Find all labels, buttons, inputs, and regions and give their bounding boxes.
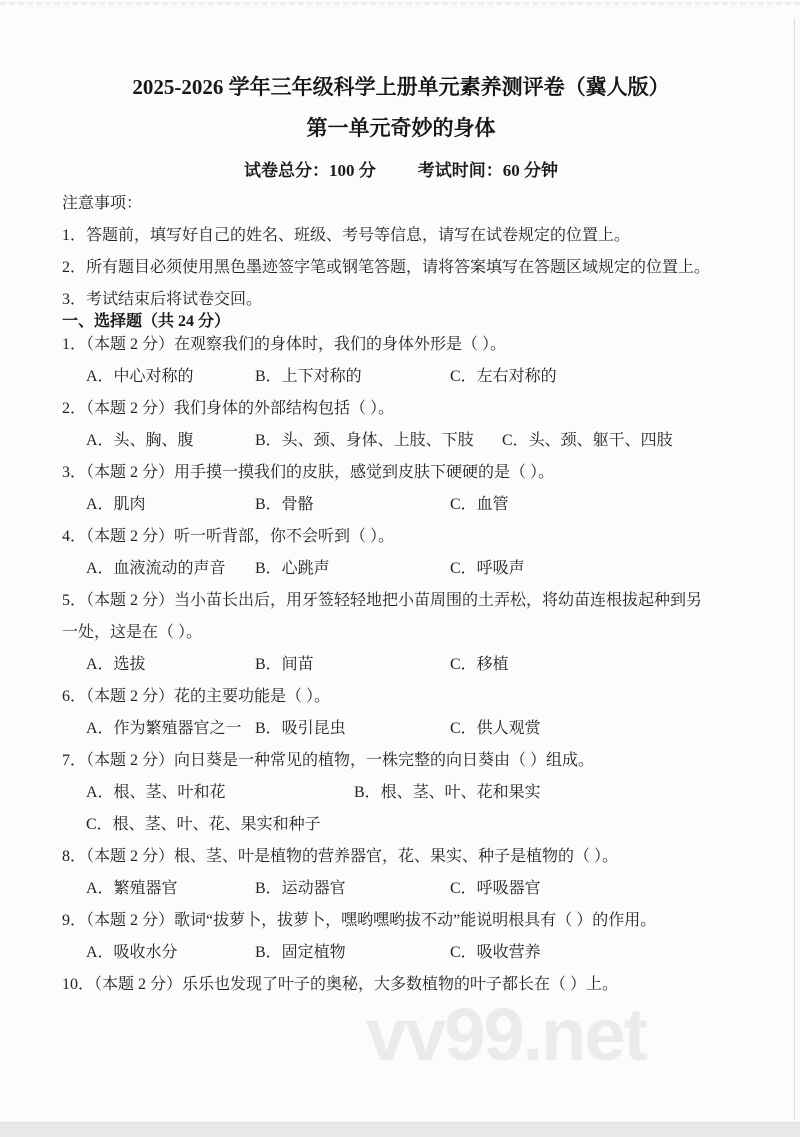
page-bottom-strip	[0, 1122, 800, 1137]
option-a: A．中心对称的	[86, 361, 255, 393]
exam-paper-page: 2025-2026 学年三年级科学上册单元素养测评卷（冀人版） 第一单元奇妙的身…	[0, 0, 800, 1137]
notice-item: 1．答题前，填写好自己的姓名、班级、考号等信息，请写在试卷规定的位置上。	[62, 220, 740, 252]
question-9-options: A．吸收水分 B．固定植物 C．吸收营养	[62, 937, 740, 969]
exam-info-line: 试卷总分：100 分考试时间：60 分钟	[62, 158, 740, 184]
option-a: A．肌肉	[86, 489, 255, 521]
option-b: B．心跳声	[255, 553, 450, 585]
question-7-options-row1: A．根、茎、叶和花 B．根、茎、叶、花和果实	[62, 777, 740, 809]
option-a: A．吸收水分	[86, 937, 255, 969]
question-8-options: A．繁殖器官 B．运动器官 C．呼吸器官	[62, 873, 740, 905]
option-a: A．作为繁殖器官之一	[86, 713, 255, 745]
question-1-options: A．中心对称的 B．上下对称的 C．左右对称的	[62, 361, 740, 393]
question-9-text: 9．（本题 2 分）歌词“拔萝卜，拔萝卜，嘿哟嘿哟拔不动”能说明根具有（ ）的作…	[62, 905, 740, 937]
option-b: B．吸引昆虫	[255, 713, 450, 745]
exam-subtitle: 第一单元奇妙的身体	[62, 114, 740, 142]
watermark: vv99.net	[366, 992, 646, 1077]
exam-time-label: 考试时间：60 分钟	[418, 161, 558, 180]
option-b: B．间苗	[255, 649, 450, 681]
option-c: C．左右对称的	[450, 361, 557, 393]
question-1-text: 1．（本题 2 分）在观察我们的身体时，我们的身体外形是（ ）。	[62, 329, 740, 361]
option-b: B．头、颈、身体、上肢、下肢	[255, 425, 502, 457]
question-8-text: 8．（本题 2 分）根、茎、叶是植物的营养器官，花、果实、种子是植物的（ ）。	[62, 841, 740, 873]
question-5-options: A．选拔 B．间苗 C．移植	[62, 649, 740, 681]
option-b: B．运动器官	[255, 873, 450, 905]
option-b: B．骨骼	[255, 489, 450, 521]
question-2-text: 2．（本题 2 分）我们身体的外部结构包括（ ）。	[62, 393, 740, 425]
notice-item: 2．所有题目必须使用黑色墨迹签字笔或钢笔答题，请将答案填写在答题区域规定的位置上…	[62, 252, 740, 284]
notice-heading: 注意事项：	[62, 188, 740, 220]
option-a: A．根、茎、叶和花	[86, 777, 354, 809]
question-7-text: 7．（本题 2 分）向日葵是一种常见的植物，一株完整的向日葵由（ ）组成。	[62, 745, 740, 777]
option-c: C．根、茎、叶、花、果实和种子	[86, 809, 321, 841]
option-a: A．血液流动的声音	[86, 553, 255, 585]
option-c: C．血管	[450, 489, 509, 521]
option-c: C．供人观赏	[450, 713, 541, 745]
question-2-options: A．头、胸、腹 B．头、颈、身体、上肢、下肢 C．头、颈、躯干、四肢	[62, 425, 740, 457]
option-c: C．呼吸器官	[450, 873, 541, 905]
question-7-options-row2: C．根、茎、叶、花、果实和种子	[62, 809, 740, 841]
question-3-options: A．肌肉 B．骨骼 C．血管	[62, 489, 740, 521]
option-b: B．上下对称的	[255, 361, 450, 393]
question-5-text: 5．（本题 2 分）当小苗长出后，用牙签轻轻地把小苗周围的土弄松，将幼苗连根拔起…	[62, 585, 740, 617]
question-3-text: 3．（本题 2 分）用手摸一摸我们的皮肤，感觉到皮肤下硬硬的是（ ）。	[62, 457, 740, 489]
exam-title: 2025-2026 学年三年级科学上册单元素养测评卷（冀人版）	[62, 0, 740, 102]
option-c: C．移植	[450, 649, 509, 681]
option-c: C．呼吸声	[450, 553, 525, 585]
option-c: C．吸收营养	[450, 937, 541, 969]
question-4-options: A．血液流动的声音 B．心跳声 C．呼吸声	[62, 553, 740, 585]
option-a: A．选拔	[86, 649, 255, 681]
exam-content: 2025-2026 学年三年级科学上册单元素养测评卷（冀人版） 第一单元奇妙的身…	[0, 0, 800, 1001]
option-b: B．根、茎、叶、花和果实	[354, 777, 549, 809]
question-5-text-continued: 一处，这是在（ ）。	[62, 617, 740, 649]
question-6-text: 6．（本题 2 分）花的主要功能是（ ）。	[62, 681, 740, 713]
option-c: C．头、颈、躯干、四肢	[502, 425, 673, 457]
option-a: A．繁殖器官	[86, 873, 255, 905]
question-6-options: A．作为繁殖器官之一 B．吸引昆虫 C．供人观赏	[62, 713, 740, 745]
option-a: A．头、胸、腹	[86, 425, 255, 457]
exam-body: 注意事项： 1．答题前，填写好自己的姓名、班级、考号等信息，请写在试卷规定的位置…	[62, 188, 740, 1001]
total-score-label: 试卷总分：100 分	[244, 161, 376, 180]
question-4-text: 4．（本题 2 分）听一听背部，你不会听到（ ）。	[62, 521, 740, 553]
option-b: B．固定植物	[255, 937, 450, 969]
